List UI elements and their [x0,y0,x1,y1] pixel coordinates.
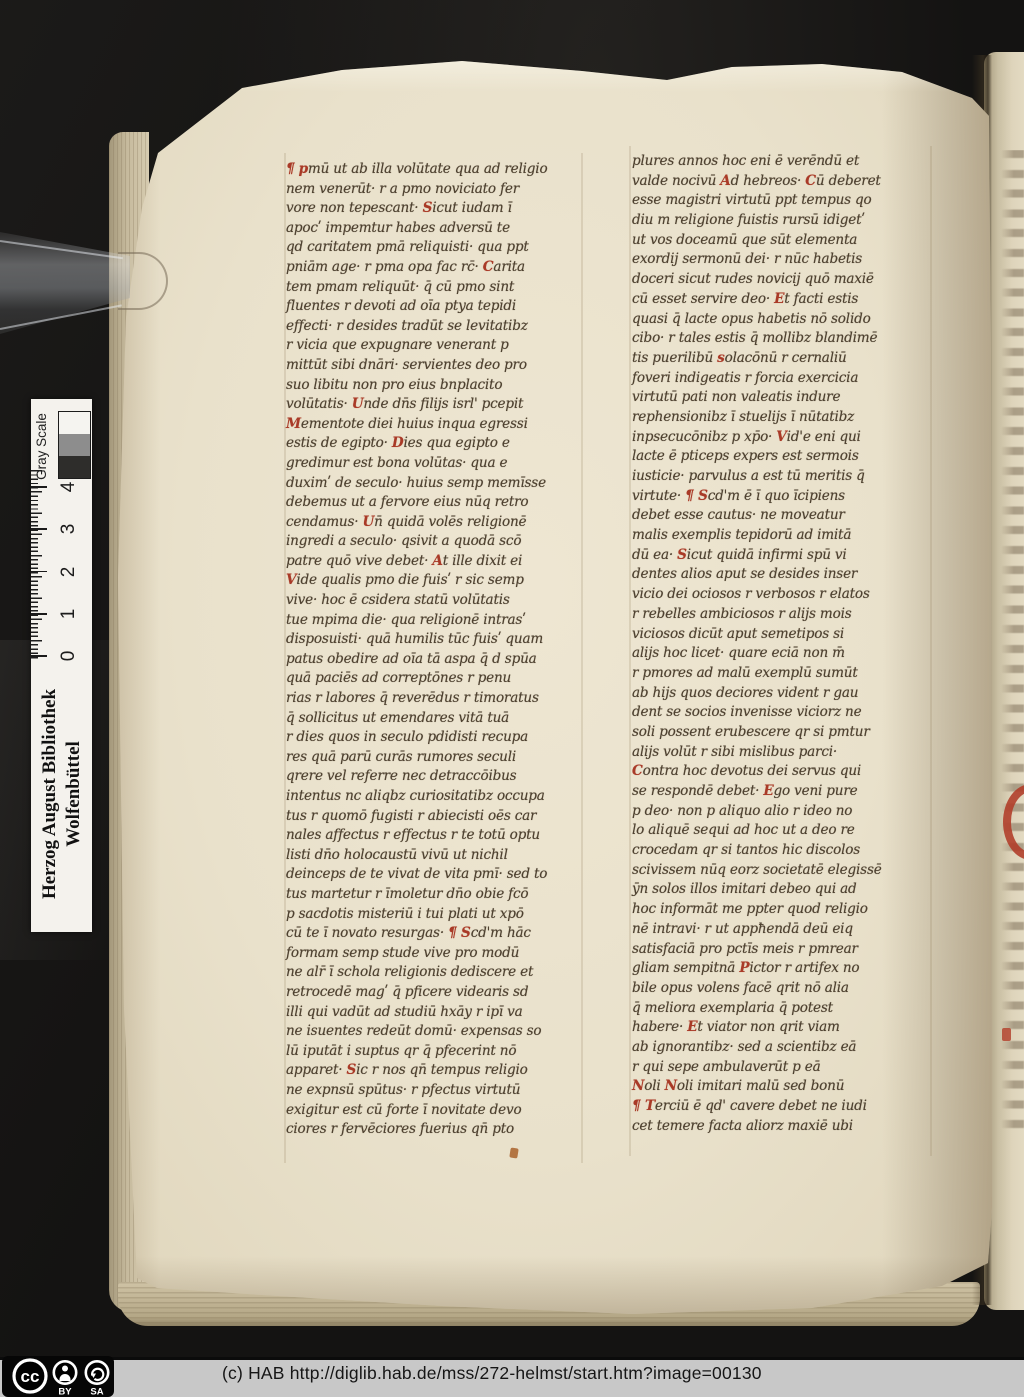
manuscript-line: valde nocivū Ad hebreos· Cū deberet [632,172,932,192]
swatch-black [59,456,90,478]
manuscript-line: quā paciēs ad correptōnes r penu [286,669,583,689]
library-name-line2: Wolfenbüttel [62,741,86,847]
manuscript-line: tus r quomō fugisti r abiecisti oēs car [286,807,583,827]
manuscript-line: illi qui vadūt ad studiū hxāy r ipī va [286,1003,583,1023]
library-name: Herzog August Bibliothek Wolfenbüttel [37,656,87,932]
manuscript-line: rephensionibz ī stuelijs ī nūtatibz [632,408,932,428]
manuscript-line: p sacdotis misteriū i tui plati ut xpō [286,905,583,925]
manuscript-line: Noli Noli imitari malū sed bonū [632,1077,932,1097]
manuscript-line: rias r labores q̄ reverēdus r timoratus [286,689,583,709]
ruler-unit-tick [31,528,47,530]
manuscript-line: ȳn solos illos imitari debeo qui ad [632,880,932,900]
manuscript-line: nem venerūt· r a pmo noviciato fer [286,180,583,200]
manuscript-line: virtute· ¶ Scd'm ē ī quo īcipiens [632,487,932,507]
ruler-unit-tick [31,571,47,573]
manuscript-line: Contra hoc devotus dei servus qui [632,762,932,782]
manuscript-line: fluentes r devoti ad oīa ptya tepidi [286,297,583,317]
ruler-number: 2 [58,561,80,583]
manuscript-line: r pmores ad malū exemplū sumūt [632,664,932,684]
manuscript-line: ne alr̄ ī schola religionis dediscere et [286,963,583,983]
manuscript-line: vore non tepescant· Sicut iudam ī [286,199,583,219]
manuscript-line: pniām age· r pma opa fac rc̄· Carita [286,258,583,278]
facing-page-red-mark [1002,1028,1011,1041]
manuscript-line: iusticie· parvulus a est tū meritis q̄ [632,467,932,487]
manuscript-line: lo aliquē sequi ad hoc ut a deo re [632,821,932,841]
manuscript-line: ne expnsū spūtus· r pfectus virtutū [286,1081,583,1101]
manuscript-line: disposuisti· quā humilis tūc fuisʹ quam [286,630,583,650]
manuscript-line: intentus nc aliqbz curiositatibz occupa [286,787,583,807]
manuscript-line: alijs volūt r sibi mislibus parci· [632,743,932,763]
manuscript-line: listi dn̄o holocaustū vivū ut nichil [286,846,583,866]
manuscript-line: q̄ meliora exemplaria q̄ potest [632,999,932,1019]
manuscript-line: scivissem nūq eorz societatē elegissē [632,861,932,881]
manuscript-line: tem pmam reliquūt· q̄ cū pmo sint [286,278,583,298]
manuscript-line: debet esse cautus· ne moveatur [632,506,932,526]
manuscript-line: gredimur est bona volūtas· qua e [286,454,583,474]
manuscript-line: quasi q̄ lacte opus habetis nō solido [632,310,932,330]
manuscript-line: debemus ut a fervore eius nūq retro [286,493,583,513]
manuscript-line: vive· hoc ē csidera statū volūtatis [286,591,583,611]
manuscript-line: malis exemplis tepidorū ad imitā [632,526,932,546]
manuscript-line: cū esset servire deo· Et facti estis [632,290,932,310]
manuscript-line: Mementote diei huius inqua egressi [286,415,583,435]
gray-scale-swatches [58,411,91,479]
manuscript-line: Vide qualis pmo die fuisʹ r sic semp [286,571,583,591]
copyright-caption: (c) HAB http://diglib.hab.de/mss/272-hel… [222,1363,762,1384]
cc-license-icons: cc BY SA [2,1356,114,1397]
manuscript-line: ne isuentes redeūt domū· expensas so [286,1022,583,1042]
manuscript-line: r dies quos in seculo pdidisti recupa [286,728,583,748]
manuscript-line: diu m religione fuistis rursū idigetʹ [632,211,932,231]
manuscript-line: qd caritatem pmā reliquisti· qua ppt [286,238,583,258]
manuscript-column-1: ¶ pmū ut ab illa volūtate qua ad religio… [286,160,583,1140]
manuscript-line: dentes alios aput se desides inser [632,565,932,585]
manuscript-line: lacte ē pticeps expers est sermois [632,447,932,467]
manuscript-line: gliam sempitnā Pictor r artifex no [632,959,932,979]
facing-page-text-edge [1001,150,1024,1140]
manuscript-line: virtutū pati non valeatis indure [632,388,932,408]
manuscript-line: suo libitu non pro eius bnplacito [286,376,583,396]
manuscript-line: deinceps de te vivat de vita pmī· sed to [286,865,583,885]
manuscript-page: ¶ pmū ut ab illa volūtate qua ad religio… [112,58,992,1320]
manuscript-line: ingredi a seculo· qsivit a quodā scō [286,532,583,552]
manuscript-line: cet temere facta aliorz maxiē ubi [632,1117,932,1137]
manuscript-line: r vicia que expugnare venerant p [286,336,583,356]
manuscript-line: formam semp stude vive pro modū [286,944,583,964]
manuscript-line: qrere vel referre nec detraccōibus [286,767,583,787]
manuscript-line: doceri sicut rudes novicij quō maxiē [632,270,932,290]
cc-icon-text: cc [21,1367,40,1386]
manuscript-line: dent se socios invenisse viciorz ne [632,703,932,723]
manuscript-line: patus obedire ad oīa tā aspa q̄ d spūa [286,650,583,670]
manuscript-line: exigitur est cū forte ī novitate devo [286,1101,583,1121]
manuscript-line: duximʹ de seculo· huius semp memīsse [286,474,583,494]
manuscript-line: ab hijs quos deciores vident r gau [632,684,932,704]
ruler-number: 4 [58,476,80,498]
manuscript-line: crocedam qr si tantos hic discolos [632,841,932,861]
manuscript-line: effecti· r desides tradūt se levitatibz [286,317,583,337]
manuscript-line: vicio dei ociosos r verbosos r elatos [632,585,932,605]
cc-license-badge: cc BY SA [2,1356,114,1397]
manuscript-line: ciores r fervēciores fuerius qn̄ pto [286,1120,583,1140]
manuscript-line: habere· Et viator non qrit viam [632,1018,932,1038]
manuscript-line: r rebelles ambiciosos r alijs mois [632,605,932,625]
manuscript-line: cendamus· Un̄ quidā volēs religionē [286,513,583,533]
ruling-line [629,146,631,1156]
ruler-number: 1 [58,603,80,625]
manuscript-line: ut vos doceamū que sūt elementa [632,231,932,251]
manuscript-line: foveri indigeatis r forcia exercicia [632,369,932,389]
manuscript-line: exordij sermonū dei· r nūc habetis [632,250,932,270]
manuscript-line: estis de egipto· Dies qua egipto e [286,434,583,454]
manuscript-line: viciosos dicūt aput semetipos si [632,625,932,645]
manuscript-line: tue mpima die· qua religionē intrasʹ [286,611,583,631]
manuscript-line: res quā parū curās rumores seculi [286,748,583,768]
manuscript-line: cū te ī novato resurgas· ¶ Scd'm hāc [286,924,583,944]
manuscript-line: inpsecucōnibz p xp̄o· Vid'e eni qui [632,428,932,448]
manuscript-line: esse magistri virtutū ppt tempus qo [632,191,932,211]
sa-label: SA [90,1387,103,1397]
manuscript-line: p deo· non p aliquo alio r ideo no [632,802,932,822]
manuscript-line: apparet· Sic r nos qn̄ tempus religio [286,1061,583,1081]
manuscript-line: tis puerilibū solacōnū r cernaliū [632,349,932,369]
manuscript-line: soli possent erubescere qr si pmtur [632,723,932,743]
manuscript-line: ¶ pmū ut ab illa volūtate qua ad religio [286,160,583,180]
manuscript-line: ¶ Terciū ē qd' cavere debet ne iudi [632,1097,932,1117]
manuscript-line: lū iputāt i suptus qr q̄ pfecerint nō [286,1042,583,1062]
by-label: BY [58,1387,72,1397]
manuscript-line: q̄ sollicitus ut emendares vitā tuā [286,709,583,729]
manuscript-line: volūtatis· Unde dn̄s filijs isrl' pcepit [286,395,583,415]
ruler-number: 3 [58,518,80,540]
manuscript-line: plures annos hoc eni ē verēndū et [632,152,932,172]
manuscript-column-2: plures annos hoc eni ē verēndū etvalde n… [632,152,932,1136]
manuscript-line: tus martetur r īmoletur dn̄o obie fcō [286,885,583,905]
manuscript-line: nales affectus r effectus r te totū optu [286,826,583,846]
swatch-white [59,412,90,434]
gray-scale-label: Gray Scale [32,409,50,484]
manuscript-line: bile opus volens facē qrit nō alia [632,979,932,999]
ruler-half-ticks [31,470,42,660]
manuscript-line: hoc informāt me ppter quod religio [632,900,932,920]
manuscript-line: mittūt sibi dnāri· servientes deo pro [286,356,583,376]
manuscript-line: r qui sepe ambulaverūt p eā [632,1058,932,1078]
ruler-unit-tick [31,613,47,615]
manuscript-line: dū ea· Sicut quidā infirmi spū vi [632,546,932,566]
library-name-line1: Herzog August Bibliothek [38,689,62,899]
manuscript-line: se respondē debet· Ego veni pure [632,782,932,802]
manuscript-line: patre quō vive debet· At ille dixit ei [286,552,583,572]
manuscript-line: ab ignorantibz· sed a scientibz eā [632,1038,932,1058]
manuscript-line: apocʹ impemtur habes adversū te [286,219,583,239]
manuscript-line: cibo· r tales estis q̄ mollibz blandimē [632,329,932,349]
quire-mark-stain [509,1147,518,1158]
manuscript-line: retrocedē magʹ q̄ pficere videaris sd [286,983,583,1003]
swatch-gray [59,434,90,456]
manuscript-line: satisfaciā pro pctīs meis r pmrear [632,940,932,960]
reference-card: 43210 Gray Scale Herzog August Bibliothe… [31,399,92,932]
ruler-unit-tick [31,486,47,488]
manuscript-line: nē intravi· r ut appħendā deū eiq [632,920,932,940]
manuscript-line: alijs hoc licet· quare eciā non m̄ [632,644,932,664]
